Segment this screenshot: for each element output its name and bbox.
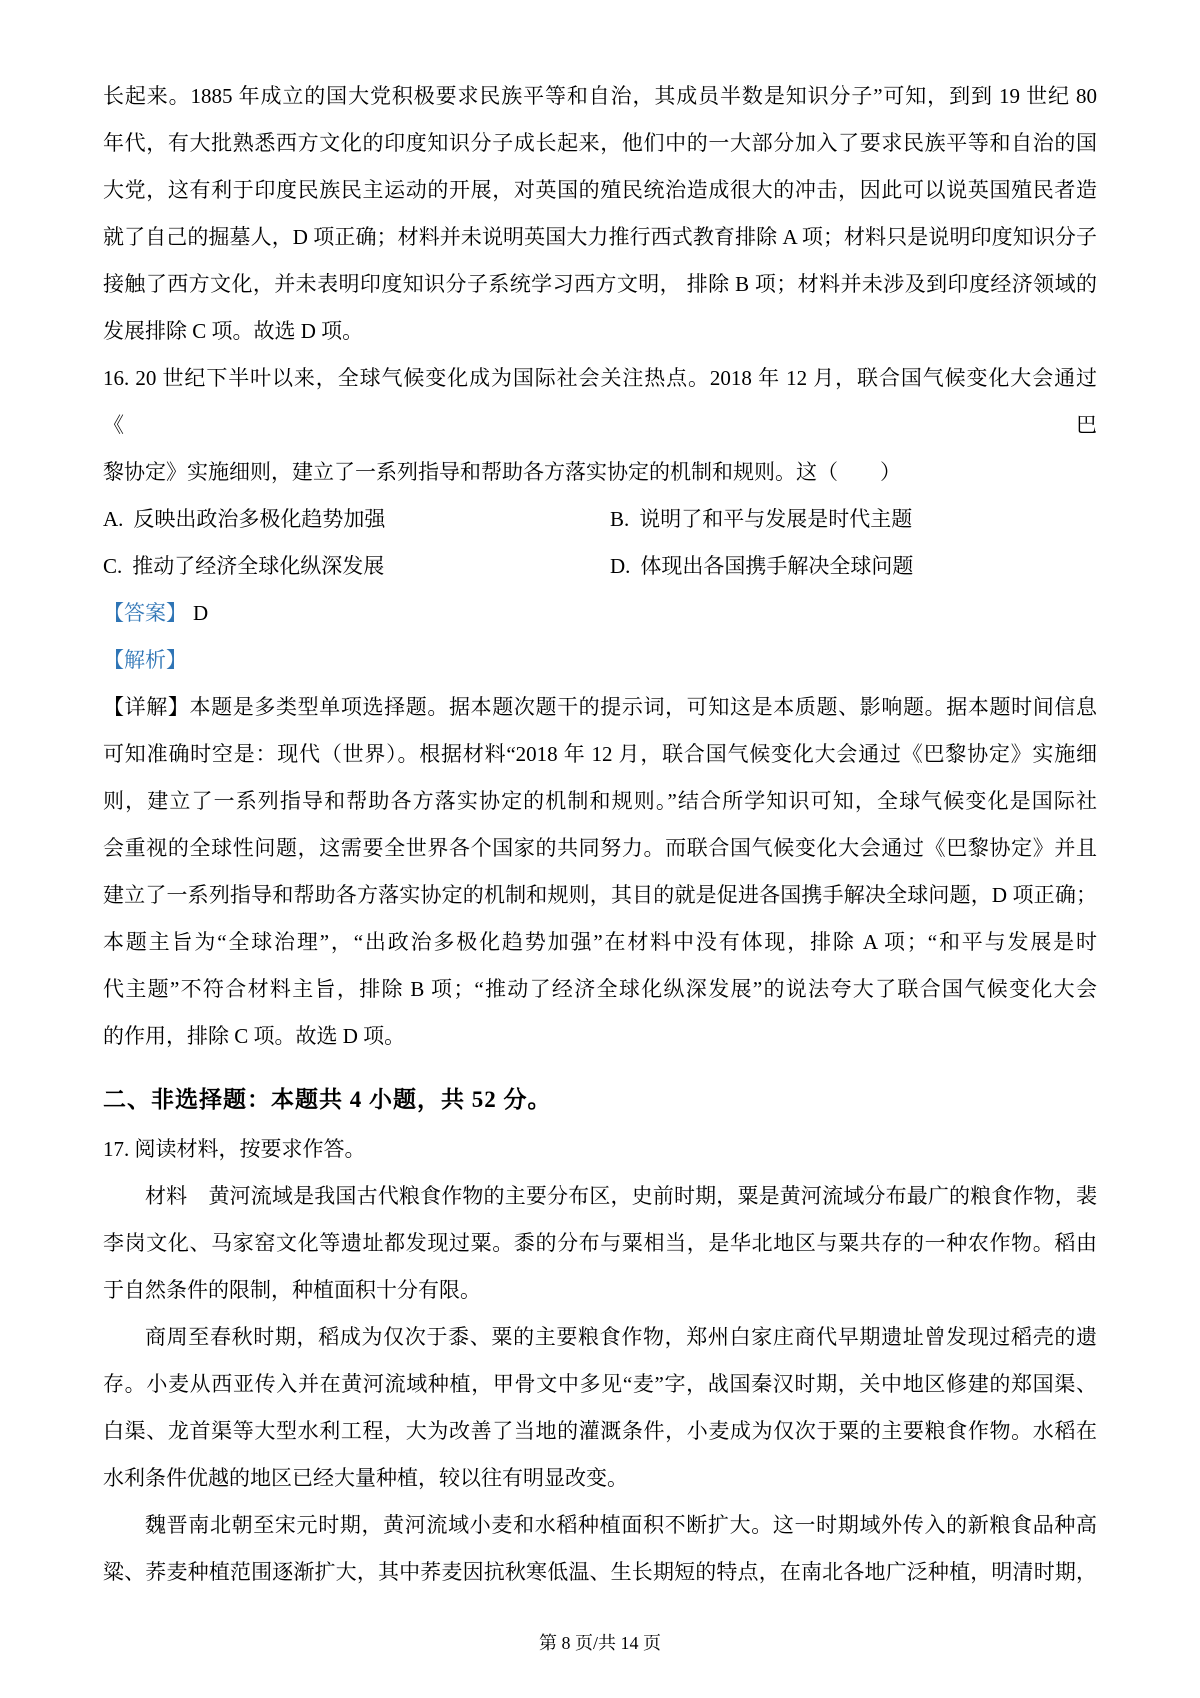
option-b-text: 说明了和平与发展是时代主题 [639,507,912,531]
material-line: 粱、荞麦种植范围逐渐扩大，其中荞麦因抗秋寒低温、生长期短的特点，在南北各地广泛种… [103,1549,1097,1596]
question-16-stem-line: 黎协定》实施细则，建立了一系列指导和帮助各方落实协定的机制和规则。这（ ） [103,449,1097,496]
detail-line: 【详解】本题是多类型单项选择题。据本题次题干的提示词，可知这是本质题、影响题。据… [103,684,1097,731]
option-b-label: B. [610,496,629,543]
material-line: 白渠、龙首渠等大型水利工程，大为改善了当地的灌溉条件，小麦成为仅次于粟的主要粮食… [103,1408,1097,1455]
question-17: 17. 阅读材料，按要求作答。 材料 黄河流域是我国古代粮食作物的主要分布区，史… [103,1126,1097,1596]
detail-line: 的作用，排除 C 项。故选 D 项。 [103,1013,1097,1060]
page-number-footer: 第 8 页/共 14 页 [0,1628,1200,1658]
material-line: 李岗文化、马家窑文化等遗址都发现过粟。黍的分布与粟相当，是华北地区与粟共存的一种… [103,1220,1097,1267]
question-17-intro: 17. 阅读材料，按要求作答。 [103,1126,1097,1173]
option-d-text: 体现出各国携手解决全球问题 [640,554,913,578]
option-c-label: C. [103,543,122,590]
explanation-line: 大党，这有利于印度民族民主运动的开展，对英国的殖民统治造成很大的冲击，因此可以说… [103,167,1097,214]
section-2-heading: 二、非选择题：本题共 4 小题，共 52 分。 [103,1074,1097,1126]
material-line: 于自然条件的限制，种植面积十分有限。 [103,1267,1097,1314]
answer-marker: 【答案】 [103,601,187,625]
question-16-options-row-2: C.推动了经济全球化纵深发展 D.体现出各国携手解决全球问题 [103,543,1097,590]
material-line: 材料 黄河流域是我国古代粮食作物的主要分布区，史前时期，粟是黄河流域分布最广的粮… [103,1173,1097,1220]
question-16-stem-line: 16. 20 世纪下半叶以来，全球气候变化成为国际社会关注热点。2018 年 1… [103,355,1097,449]
option-c: C.推动了经济全球化纵深发展 [103,543,610,590]
explanation-line: 年代，有大批熟悉西方文化的印度知识分子成长起来，他们中的一大部分加入了要求民族平… [103,120,1097,167]
document-page: 长起来。1885 年成立的国大党积极要求民族平等和自治，其成员半数是知识分子”可… [0,0,1200,1698]
option-b: B.说明了和平与发展是时代主题 [610,496,1097,543]
material-line: 存。小麦从西亚传入并在黄河流域种植，甲骨文中多见“麦”字，战国秦汉时期，关中地区… [103,1361,1097,1408]
page-content: 长起来。1885 年成立的国大党积极要求民族平等和自治，其成员半数是知识分子”可… [103,73,1097,1596]
answer-value: D [193,601,208,625]
question-16-options-row-1: A.反映出政治多极化趋势加强 B.说明了和平与发展是时代主题 [103,496,1097,543]
answer-line: 【答案】D [103,590,1097,637]
question-16: 16. 20 世纪下半叶以来，全球气候变化成为国际社会关注热点。2018 年 1… [103,355,1097,1060]
explanation-line: 接触了西方文化，并未表明印度知识分子系统学习西方文明， 排除 B 项；材料并未涉… [103,261,1097,308]
option-c-text: 推动了经济全球化纵深发展 [132,554,384,578]
detail-line: 会重视的全球性问题，这需要全世界各个国家的共同努力。而联合国气候变化大会通过《巴… [103,825,1097,872]
material-line: 商周至春秋时期，稻成为仅次于黍、粟的主要粮食作物，郑州白家庄商代早期遗址曾发现过… [103,1314,1097,1361]
question-17-material: 材料 黄河流域是我国古代粮食作物的主要分布区，史前时期，粟是黄河流域分布最广的粮… [103,1173,1097,1596]
option-d-label: D. [610,543,630,590]
explanation-line: 长起来。1885 年成立的国大党积极要求民族平等和自治，其成员半数是知识分子”可… [103,73,1097,120]
option-a: A.反映出政治多极化趋势加强 [103,496,610,543]
material-line: 水利条件优越的地区已经大量种植，较以往有明显改变。 [103,1455,1097,1502]
option-d: D.体现出各国携手解决全球问题 [610,543,1097,590]
detail-line: 可知准确时空是：现代（世界）。根据材料“2018 年 12 月，联合国气候变化大… [103,731,1097,778]
detail-line: 代主题”不符合材料主旨，排除 B 项；“推动了经济全球化纵深发展”的说法夸大了联… [103,966,1097,1013]
detail-line: 建立了一系列指导和帮助各方落实协定的机制和规则，其目的就是促进各国携手解决全球问… [103,872,1097,919]
question-16-detail: 【详解】本题是多类型单项选择题。据本题次题干的提示词，可知这是本质题、影响题。据… [103,684,1097,1060]
analysis-line: 【解析】 [103,637,1097,684]
explanation-line: 就了自己的掘墓人，D 项正确；材料并未说明英国大力推行西式教育排除 A 项；材料… [103,214,1097,261]
answer15-explanation: 长起来。1885 年成立的国大党积极要求民族平等和自治，其成员半数是知识分子”可… [103,73,1097,355]
detail-line: 则，建立了一系列指导和帮助各方落实协定的机制和规则。”结合所学知识可知，全球气候… [103,778,1097,825]
analysis-marker: 【解析】 [103,648,187,672]
explanation-line: 发展排除 C 项。故选 D 项。 [103,308,1097,355]
option-a-text: 反映出政治多极化趋势加强 [133,507,385,531]
material-line: 魏晋南北朝至宋元时期，黄河流域小麦和水稻种植面积不断扩大。这一时期域外传入的新粮… [103,1502,1097,1549]
detail-line: 本题主旨为“全球治理”，“出政治多极化趋势加强”在材料中没有体现，排除 A 项；… [103,919,1097,966]
option-a-label: A. [103,496,123,543]
